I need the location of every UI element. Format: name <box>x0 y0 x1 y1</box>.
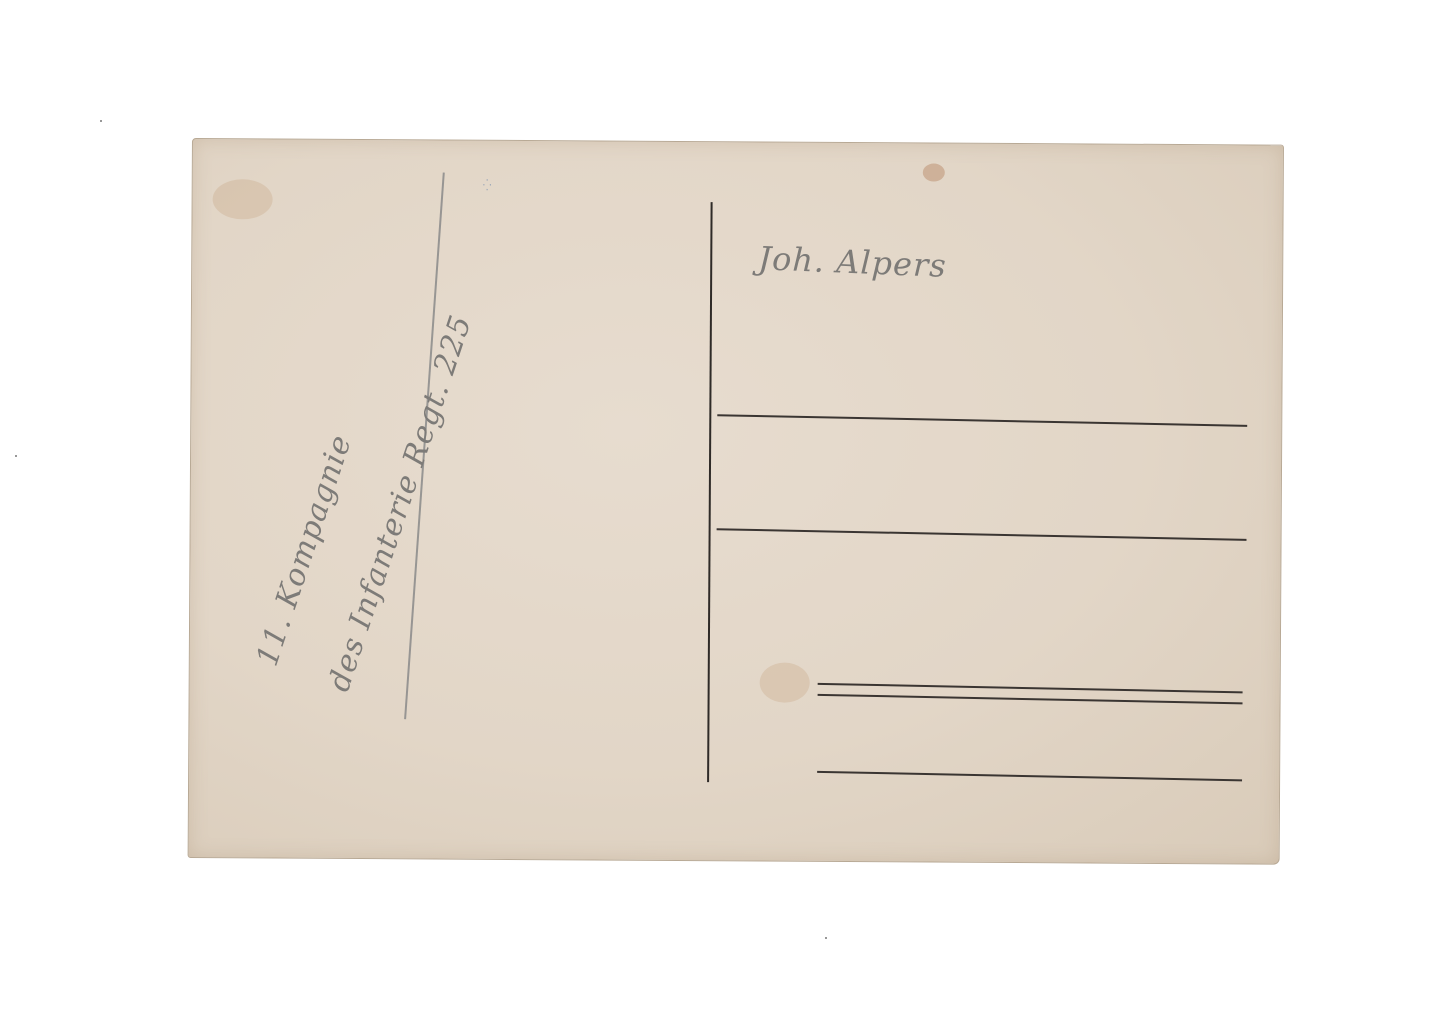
address-line-4 <box>817 771 1242 782</box>
address-line-3b <box>818 694 1243 705</box>
dust-speck <box>15 455 17 457</box>
address-line-1 <box>717 414 1247 427</box>
postcard-back: ⁛ 11. Kompagnie des Infanterie Regt. 225… <box>188 138 1284 865</box>
dust-speck <box>100 120 102 122</box>
dust-speck <box>825 937 827 939</box>
stain <box>213 179 273 219</box>
handwriting-address-name: Joh. Alpers <box>758 239 948 285</box>
stain <box>923 163 945 181</box>
address-line-2 <box>717 528 1247 541</box>
printed-center-divider <box>707 202 713 782</box>
stain <box>760 662 810 702</box>
blue-stamp-mark: ⁛ <box>483 179 492 192</box>
address-line-3a <box>818 683 1243 694</box>
handwriting-regiment: des Infanterie Regt. 225 <box>322 311 479 696</box>
